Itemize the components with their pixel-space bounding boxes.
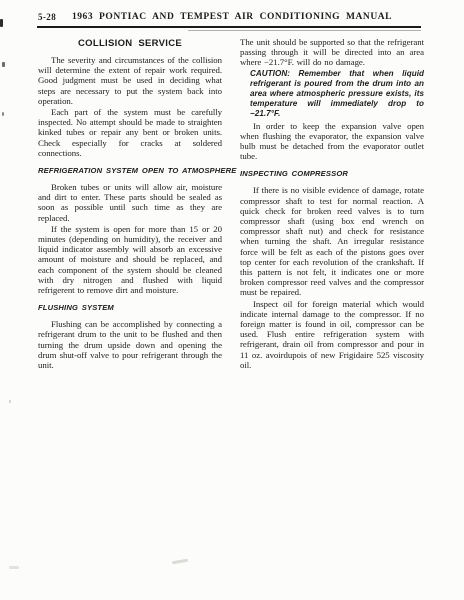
paragraph-expansion-valve: In order to keep the expansion valve ope… bbox=[240, 121, 424, 162]
inspecting-compressor-heading: INSPECTING COMPRESSOR bbox=[240, 169, 424, 178]
paragraph-refrigeration-1: Broken tubes or units will allow air, mo… bbox=[38, 182, 222, 223]
paragraph-refrigeration-2: If the system is open for more than 15 o… bbox=[38, 224, 222, 295]
paragraph-flushing-1: Flushing can be accomplished by connecti… bbox=[38, 319, 222, 370]
refrigeration-system-heading: REFRIGERATION SYSTEM OPEN TO ATMOSPHERE bbox=[38, 166, 222, 175]
scan-artifact-speck bbox=[2, 62, 5, 67]
flushing-system-heading: FLUSHING SYSTEM bbox=[38, 303, 222, 312]
paragraph-collision-2: Each part of the system must be carefull… bbox=[38, 107, 222, 158]
paragraph-inspecting-1: If there is no visible evidence of damag… bbox=[240, 185, 424, 297]
caution-paragraph: CAUTION: Remember that when liquid refri… bbox=[250, 69, 424, 120]
page-body: COLLISION SERVICE The severity and circu… bbox=[38, 37, 424, 371]
manual-page: 5-28 1963 PONTIAC AND TEMPEST AIR CONDIT… bbox=[0, 0, 464, 600]
scan-artifact-speck bbox=[2, 112, 4, 116]
header-rule bbox=[37, 26, 421, 28]
scan-artifact-smudge bbox=[9, 566, 19, 569]
collision-service-heading: COLLISION SERVICE bbox=[38, 38, 222, 49]
paragraph-support: The unit should be supported so that the… bbox=[240, 37, 424, 68]
paragraph-collision-1: The severity and circumstances of the co… bbox=[38, 55, 222, 106]
scan-artifact-smudge bbox=[172, 559, 188, 565]
header-rule-shadow bbox=[188, 30, 421, 31]
page-title: 1963 PONTIAC AND TEMPEST AIR CONDITIONIN… bbox=[0, 12, 464, 22]
left-column: COLLISION SERVICE The severity and circu… bbox=[38, 37, 222, 371]
paragraph-inspecting-2: Inspect oil for foreign material which w… bbox=[240, 299, 424, 370]
scan-artifact-speck bbox=[9, 400, 11, 403]
right-column: The unit should be supported so that the… bbox=[240, 37, 424, 371]
